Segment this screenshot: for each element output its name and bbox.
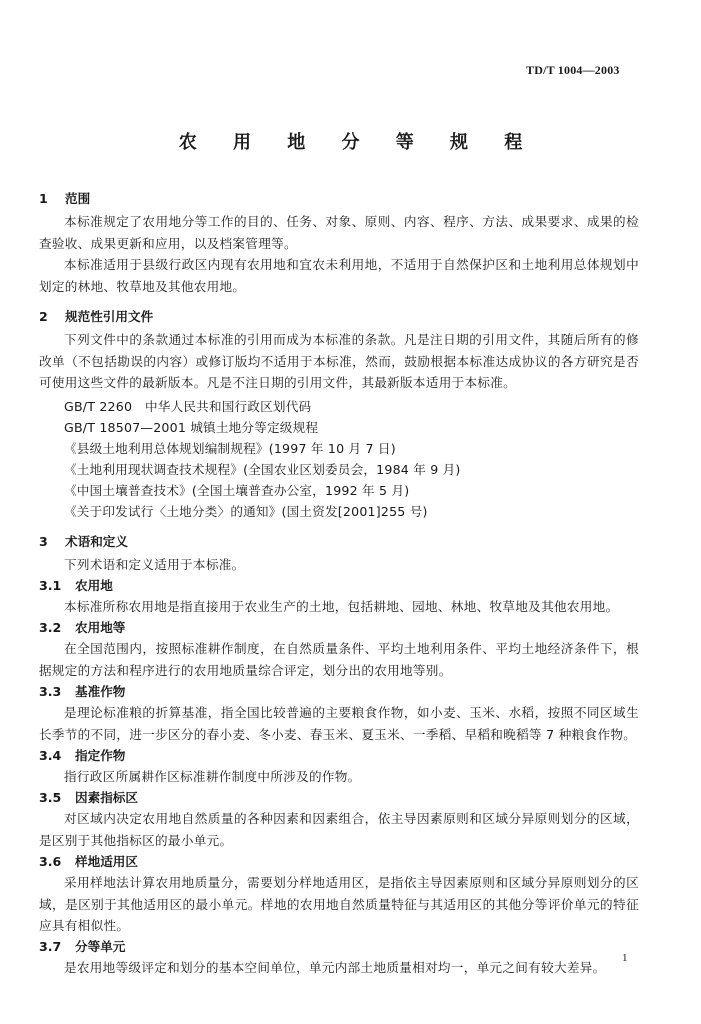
term-heading-3-3: 3.3基准作物: [39, 681, 125, 703]
section-number: 1: [39, 188, 65, 210]
paragraph: 下列术语和定义适用于本标准。: [39, 554, 639, 576]
paragraph: 本标准规定了农用地分等工作的目的、任务、对象、原则、内容、程序、方法、成果要求、…: [39, 211, 639, 254]
term-title: 因素指标区: [75, 790, 138, 805]
term-title: 分等单元: [75, 939, 125, 954]
reference-item: 《县级土地利用总体规划编制规程》(1997 年 10 月 7 日): [64, 438, 396, 460]
section-title: 范围: [65, 191, 90, 206]
section-number: 3: [39, 531, 65, 553]
term-number: 3.6: [39, 851, 75, 873]
term-title: 基准作物: [75, 684, 125, 699]
term-definition: 对区域内决定农用地自然质量的各种因素和因素组合，依主导因素原则和区域分异原则划分…: [39, 808, 639, 851]
term-definition: 在全国范围内，按照标准耕作制度，在自然质量条件、平均土地利用条件、平均土地经济条…: [39, 638, 639, 681]
section-heading-2: 2规范性引用文件: [39, 306, 153, 328]
term-number: 3.1: [39, 575, 75, 597]
term-title: 农用地: [75, 578, 113, 593]
term-heading-3-6: 3.6样地适用区: [39, 851, 138, 873]
term-definition: 指行政区所属耕作区标准耕作制度中所涉及的作物。: [39, 766, 639, 788]
section-title: 规范性引用文件: [65, 309, 153, 324]
term-heading-3-4: 3.4指定作物: [39, 745, 125, 767]
term-definition: 本标准所称农用地是指直接用于农业生产的土地，包括耕地、园地、林地、牧草地及其他农…: [39, 596, 639, 618]
reference-item: 《关于印发试行〈土地分类〉的通知》(国土资发[2001]255 号): [64, 501, 428, 523]
section-heading-1: 1范围: [39, 188, 90, 210]
paragraph: 下列文件中的条款通过本标准的引用而成为本标准的条款。凡是注日期的引用文件，其随后…: [39, 329, 639, 394]
term-number: 3.4: [39, 745, 75, 767]
section-number: 2: [39, 306, 65, 328]
paragraph: 本标准适用于县级行政区内现有农用地和宜农未利用地，不适用于自然保护区和土地利用总…: [39, 254, 639, 297]
term-definition: 采用样地法计算农用地质量分，需要划分样地适用区，是指依主导因素原则和区域分异原则…: [39, 872, 639, 937]
page-number: 1: [622, 952, 628, 964]
term-heading-3-5: 3.5因素指标区: [39, 787, 138, 809]
term-title: 农用地等: [75, 620, 125, 635]
term-definition: 是农用地等级评定和划分的基本空间单位，单元内部土地质量相对均一，单元之间有较大差…: [39, 957, 639, 979]
section-heading-3: 3术语和定义: [39, 531, 128, 553]
section-title: 术语和定义: [65, 534, 128, 549]
reference-item: 《中国土壤普查技术》(全国土壤普查办公室，1992 年 5 月): [64, 480, 409, 502]
term-heading-3-1: 3.1农用地: [39, 575, 113, 597]
term-heading-3-2: 3.2农用地等: [39, 617, 125, 639]
reference-item: GB/T 18507—2001 城镇土地分等定级规程: [64, 417, 318, 439]
term-heading-3-7: 3.7分等单元: [39, 936, 125, 958]
term-title: 指定作物: [75, 748, 125, 763]
term-number: 3.3: [39, 681, 75, 703]
standard-code: TD/T 1004—2003: [526, 63, 620, 78]
term-number: 3.7: [39, 936, 75, 958]
term-title: 样地适用区: [75, 854, 138, 869]
term-number: 3.2: [39, 617, 75, 639]
term-number: 3.5: [39, 787, 75, 809]
reference-item: GB/T 2260 中华人民共和国行政区划代码: [64, 396, 311, 418]
term-definition: 是理论标准粮的折算基准，指全国比较普遍的主要粮食作物，如小麦、玉米、水稻，按照不…: [39, 702, 639, 745]
document-title: 农 用 地 分 等 规 程: [0, 128, 701, 154]
reference-item: 《土地利用现状调查技术规程》(全国农业区划委员会，1984 年 9 月): [64, 459, 461, 481]
